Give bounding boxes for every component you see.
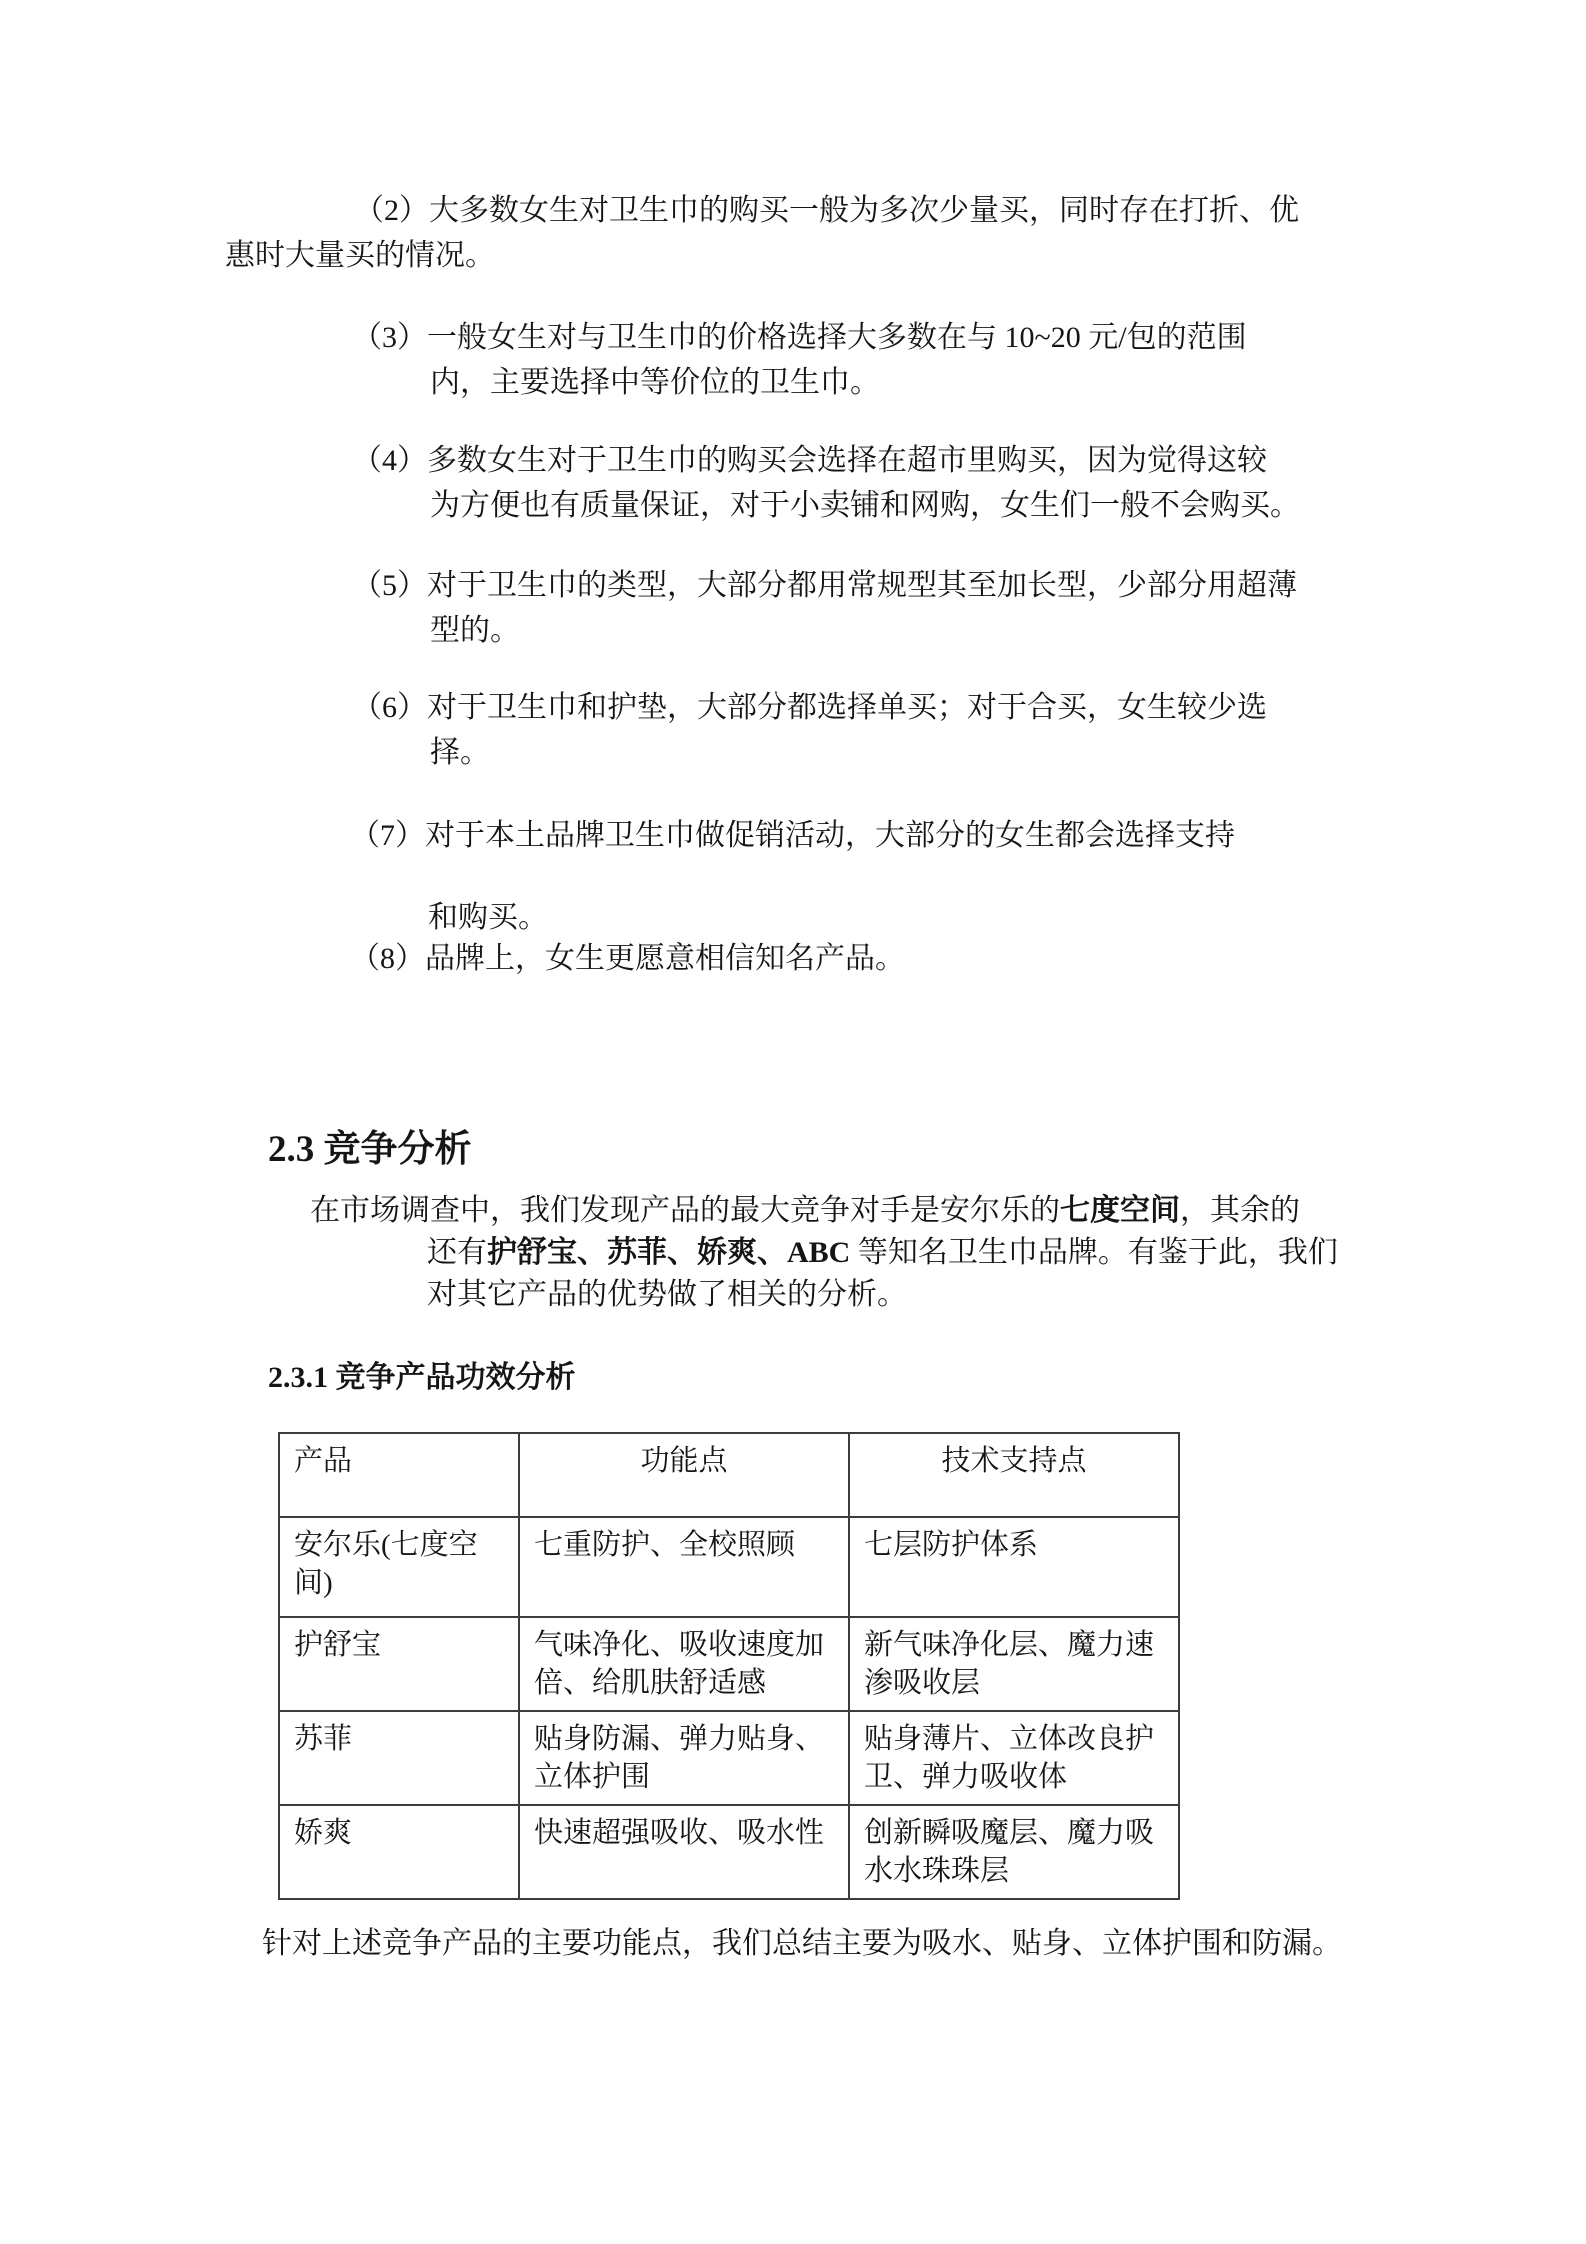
table-row: 苏菲 贴身防漏、弹力贴身、立体护围 贴身薄片、立体改良护卫、弹力吸收体 [279, 1711, 1179, 1805]
competitor-paragraph-line1: 在市场调查中，我们发现产品的最大竞争对手是安尔乐的七度空间，其余的 [310, 1193, 1300, 1229]
closing-paragraph: 针对上述竞争产品的主要功能点，我们总结主要为吸水、贴身、立体护围和防漏。 [262, 1926, 1342, 1962]
list-item-4-line1: （4）多数女生对于卫生巾的购买会选择在超市里购买，因为觉得这较 [352, 443, 1267, 479]
list-item-3-line2: 内，主要选择中等价位的卫生巾。 [430, 365, 880, 401]
list-item-5-line2: 型的。 [430, 613, 520, 649]
list-item-4-line2: 为方便也有质量保证，对于小卖铺和网购，女生们一般不会购买。 [430, 488, 1300, 524]
paragraph-segment: 在市场调查中，我们发现产品的最大竞争对手是安尔乐的 [310, 1194, 1060, 1227]
list-item-7-marker: （7） [350, 819, 425, 852]
list-item-8-line1: （8）品牌上，女生更愿意相信知名产品。 [350, 941, 905, 977]
list-item-3-marker: （3） [352, 321, 427, 354]
list-item-7-line2: 和购买。 [428, 900, 548, 936]
list-item-4-marker: （4） [352, 444, 427, 477]
table-cell-function: 贴身防漏、弹力贴身、立体护围 [519, 1711, 849, 1805]
list-item-4-text: 多数女生对于卫生巾的购买会选择在超市里购买，因为觉得这较 [427, 444, 1267, 477]
table-cell-function: 气味净化、吸收速度加倍、给肌肤舒适感 [519, 1617, 849, 1711]
section-heading-2-3: 2.3 竞争分析 [268, 1118, 472, 1172]
table-cell-product: 苏菲 [279, 1711, 519, 1805]
table-header-product: 产品 [279, 1433, 519, 1517]
table-row: 安尔乐(七度空间) 七重防护、全校照顾 七层防护体系 [279, 1517, 1179, 1617]
list-item-8-text: 品牌上，女生更愿意相信知名产品。 [425, 942, 905, 975]
paragraph-segment: 等知名卫生巾品牌。有鉴于此，我们 [850, 1236, 1338, 1269]
list-item-2-line1: （2）大多数女生对卫生巾的购买一般为多次少量买，同时存在打折、优 [354, 193, 1299, 229]
list-item-6-line2: 择。 [430, 735, 490, 771]
list-item-6-line1: （6）对于卫生巾和护垫，大部分都选择单买；对于合买，女生较少选 [352, 690, 1267, 726]
list-item-3-text: 一般女生对与卫生巾的价格选择大多数在与 10~20 元/包的范围 [427, 321, 1247, 354]
list-item-2-line2: 惠时大量买的情况。 [225, 238, 495, 274]
brand-name-bold: 七度空间 [1060, 1194, 1180, 1227]
competitor-paragraph-line2: 还有护舒宝、苏菲、娇爽、ABC 等知名卫生巾品牌。有鉴于此，我们 [427, 1235, 1338, 1271]
list-item-3-line1: （3）一般女生对与卫生巾的价格选择大多数在与 10~20 元/包的范围 [352, 320, 1247, 356]
paragraph-segment: 还有 [427, 1236, 487, 1269]
table-cell-function: 快速超强吸收、吸水性 [519, 1805, 849, 1899]
list-item-5-text: 对于卫生巾的类型，大部分都用常规型其至加长型，少部分用超薄 [427, 569, 1297, 602]
table-cell-product: 娇爽 [279, 1805, 519, 1899]
table-cell-tech: 创新瞬吸魔层、魔力吸水水珠珠层 [849, 1805, 1179, 1899]
list-item-6-text: 对于卫生巾和护垫，大部分都选择单买；对于合买，女生较少选 [427, 691, 1267, 724]
table-row: 娇爽 快速超强吸收、吸水性 创新瞬吸魔层、魔力吸水水珠珠层 [279, 1805, 1179, 1899]
list-item-7-text: 对于本土品牌卫生巾做促销活动，大部分的女生都会选择支持 [425, 819, 1235, 852]
list-item-8-marker: （8） [350, 942, 425, 975]
list-item-6-marker: （6） [352, 691, 427, 724]
competitor-paragraph-line3: 对其它产品的优势做了相关的分析。 [427, 1277, 907, 1313]
table-cell-product: 护舒宝 [279, 1617, 519, 1711]
list-item-7-line1: （7）对于本土品牌卫生巾做促销活动，大部分的女生都会选择支持 [350, 818, 1235, 854]
brand-names-bold: 护舒宝、苏菲、娇爽、ABC [487, 1236, 850, 1269]
table-cell-tech: 贴身薄片、立体改良护卫、弹力吸收体 [849, 1711, 1179, 1805]
table-cell-function: 七重防护、全校照顾 [519, 1517, 849, 1617]
table-header-tech: 技术支持点 [849, 1433, 1179, 1517]
subsection-heading-2-3-1: 2.3.1 竞争产品功效分析 [268, 1352, 576, 1396]
list-item-5-line1: （5）对于卫生巾的类型，大部分都用常规型其至加长型，少部分用超薄 [352, 568, 1297, 604]
table-cell-tech: 七层防护体系 [849, 1517, 1179, 1617]
competitor-feature-table: 产品 功能点 技术支持点 安尔乐(七度空间) 七重防护、全校照顾 七层防护体系 … [278, 1432, 1180, 1900]
table-header-function: 功能点 [519, 1433, 849, 1517]
table-cell-tech: 新气味净化层、魔力速渗吸收层 [849, 1617, 1179, 1711]
document-page: （2）大多数女生对卫生巾的购买一般为多次少量买，同时存在打折、优 惠时大量买的情… [0, 0, 1586, 2244]
table-header-row: 产品 功能点 技术支持点 [279, 1433, 1179, 1517]
paragraph-segment: ，其余的 [1180, 1194, 1300, 1227]
list-item-5-marker: （5） [352, 569, 427, 602]
list-item-2-text: 大多数女生对卫生巾的购买一般为多次少量买，同时存在打折、优 [429, 194, 1299, 227]
list-item-2-marker: （2） [354, 194, 429, 227]
table-row: 护舒宝 气味净化、吸收速度加倍、给肌肤舒适感 新气味净化层、魔力速渗吸收层 [279, 1617, 1179, 1711]
table-cell-product: 安尔乐(七度空间) [279, 1517, 519, 1617]
